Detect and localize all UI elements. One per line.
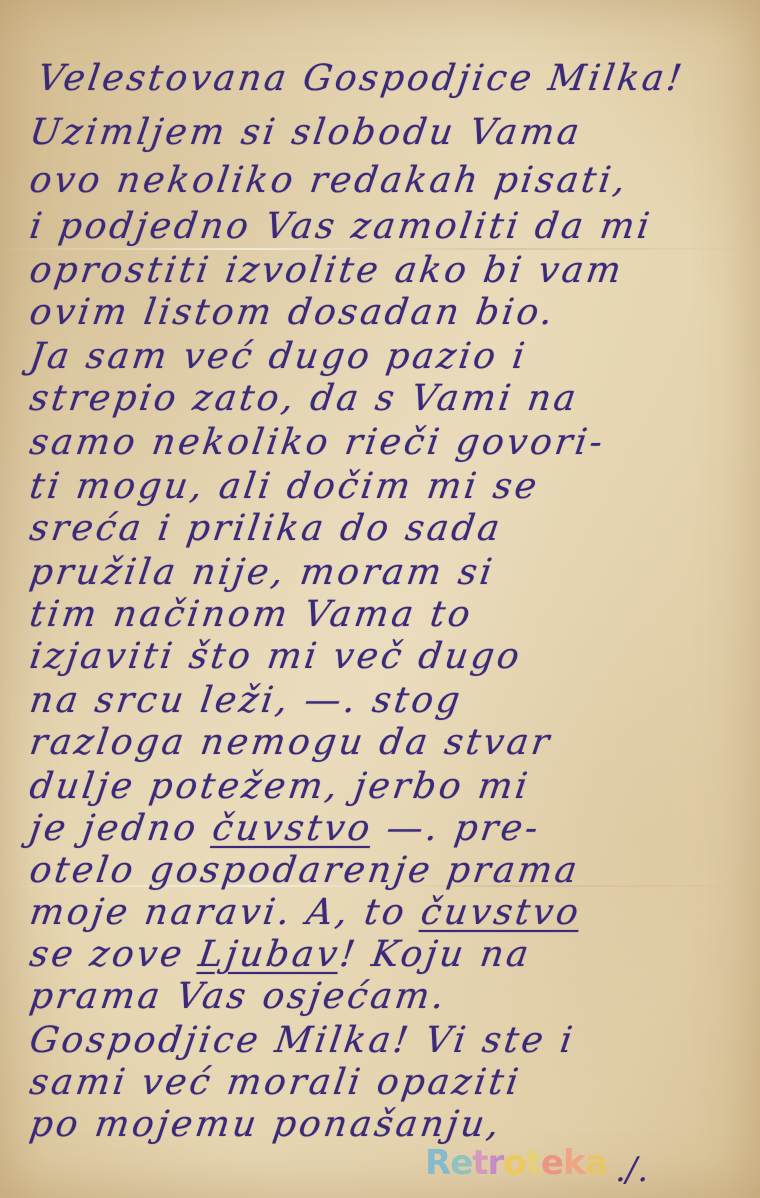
underlined-word: Ljubav	[196, 934, 343, 975]
continuation-mark: ./.	[615, 1150, 648, 1190]
letter-line: ovim listom dosadan bio.	[27, 292, 558, 333]
letter-line: oprostiti izvolite ako bi vam	[27, 250, 626, 291]
watermark-letter: k	[563, 1143, 585, 1183]
letter-line: moje naravi. A, to čuvstvo	[27, 892, 584, 933]
watermark-letter: R	[425, 1143, 450, 1183]
underlined-word: čuvstvo	[418, 892, 583, 933]
watermark-letter: a	[585, 1143, 607, 1183]
watermark-letter: t	[472, 1143, 487, 1183]
letter-line: strepio zato, da s Vami na	[27, 378, 581, 419]
letter-line: na srcu leži, —. stog	[27, 680, 465, 721]
letter-line: pružila nije, moram si	[27, 552, 497, 593]
watermark-letter: e	[541, 1143, 563, 1183]
letter-line: ovo nekoliko redakah pisati,	[27, 160, 631, 201]
watermark-letter: r	[488, 1143, 504, 1183]
watermark-letter: o	[503, 1143, 525, 1183]
underlined-word: čuvstvo	[210, 808, 375, 849]
letter-line: po mojemu ponašanju,	[27, 1104, 504, 1145]
letter-line: tim načinom Vama to	[27, 594, 475, 635]
letter-line: sreća i prilika do sada	[27, 508, 505, 549]
letter-line: ti mogu, ali dočim mi se	[27, 466, 542, 507]
letter-line: razloga nemogu da stvar	[27, 722, 554, 763]
letter-line: sami već morali opaziti	[27, 1062, 524, 1103]
letter-line: izjaviti što mi več dugo	[27, 636, 524, 677]
letter-line: samo nekoliko rieči govori-	[27, 422, 608, 463]
watermark-letter: t	[526, 1143, 541, 1183]
letter-line: otelo gospodarenje prama	[27, 850, 582, 891]
letter-salutation: Velestovana Gospodjice Milka!	[35, 58, 687, 99]
letter-line: i podjedno Vas zamoliti da mi	[27, 206, 655, 247]
watermark-letter: e	[450, 1143, 472, 1183]
letter-line: Ja sam već dugo pazio i	[27, 336, 530, 377]
letter-line: je jedno čuvstvo —. pre-	[27, 808, 543, 849]
letter-line: se zove Ljubav! Koju na	[27, 934, 534, 975]
letter-line: prama Vas osjećam.	[27, 976, 449, 1017]
retroteka-watermark-logo: Retroteka	[425, 1143, 607, 1183]
letter-page: Velestovana Gospodjice Milka! Uzimljem s…	[0, 0, 760, 1198]
letter-line: Uzimljem si slobodu Vama	[27, 112, 585, 153]
letter-line: dulje potežem, jerbo mi	[27, 766, 533, 807]
letter-line: Gospodjice Milka! Vi ste i	[27, 1020, 578, 1061]
